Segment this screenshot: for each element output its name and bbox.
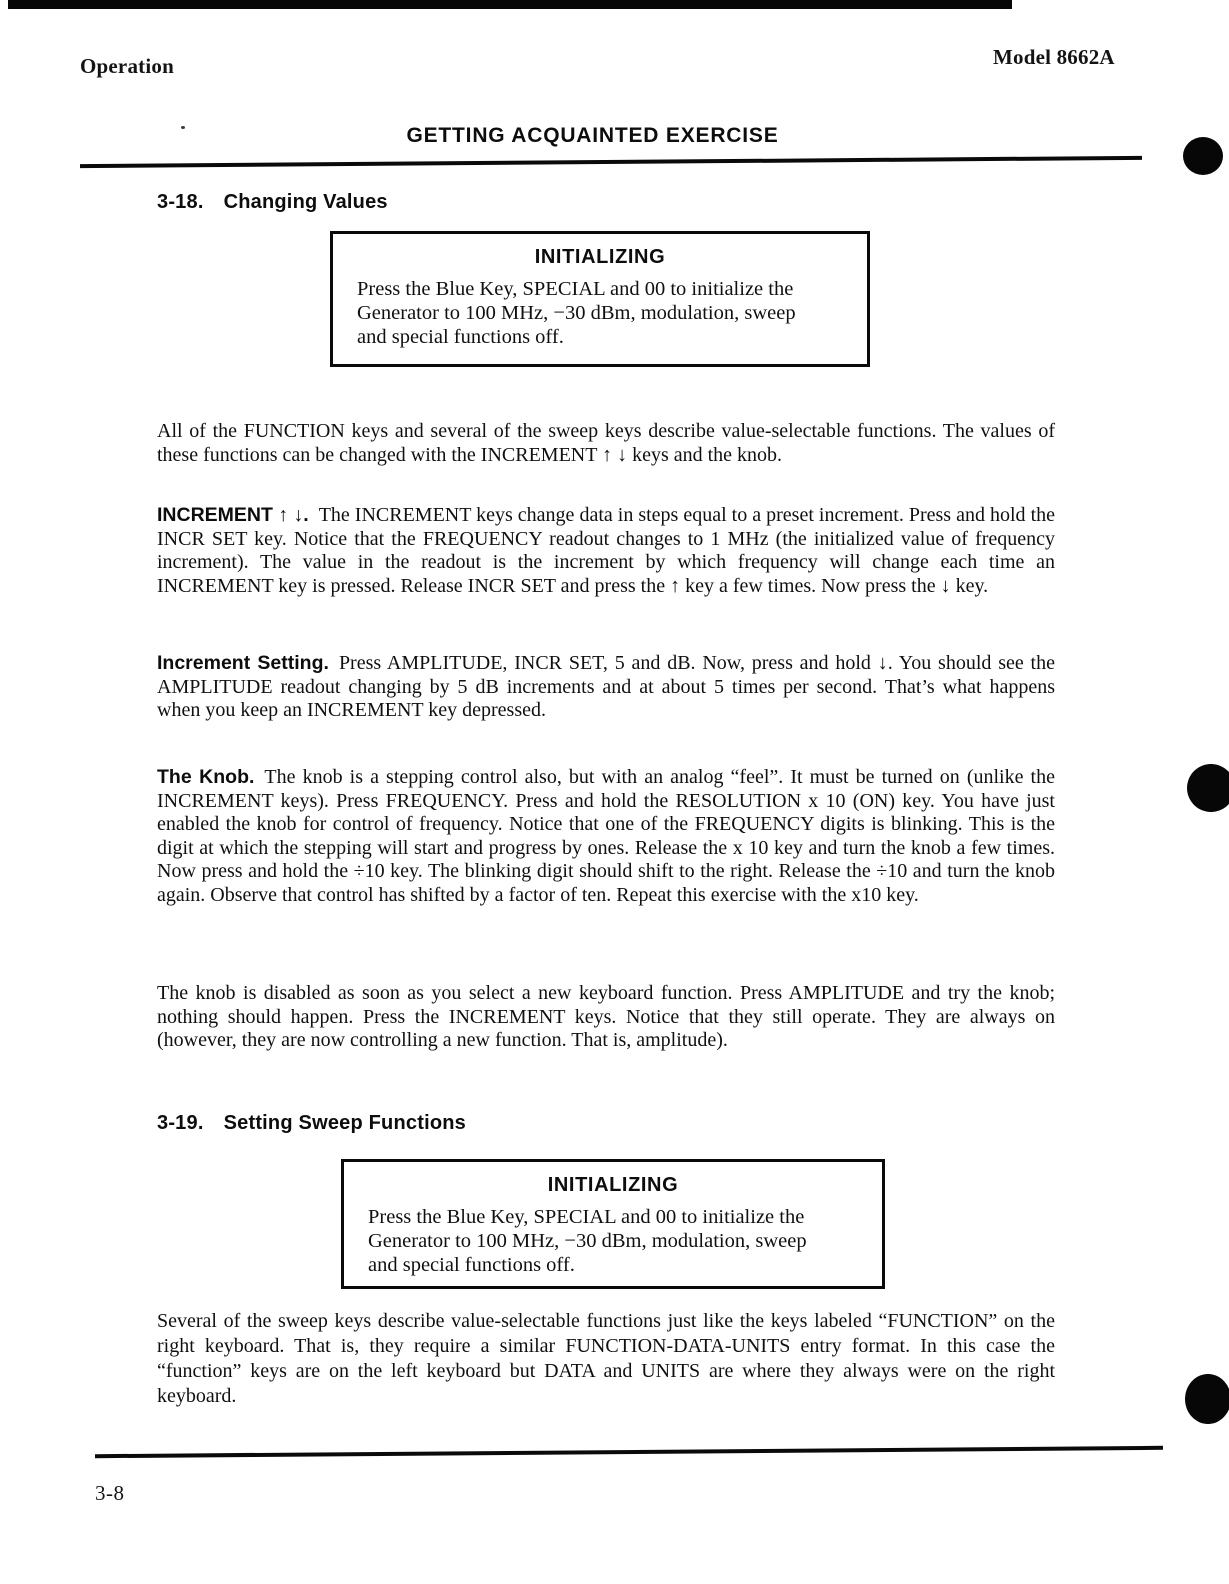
- page-title: GETTING ACQUAINTED EXERCISE: [60, 124, 1125, 148]
- paragraph-lead: Increment Setting.: [157, 652, 329, 674]
- paragraph-the-knob: The Knob.The knob is a stepping control …: [157, 766, 1055, 907]
- section-title: Setting Sweep Functions: [224, 1112, 466, 1134]
- paragraph-text: The knob is a stepping control also, but…: [157, 766, 1055, 906]
- paragraph-increment: INCREMENT ↑ ↓.The INCREMENT keys change …: [157, 504, 1055, 598]
- running-header-left: Operation: [80, 54, 174, 79]
- section-number: 3-19.: [157, 1112, 204, 1135]
- paragraph-text: All of the FUNCTION keys and several of …: [157, 420, 1055, 466]
- section-heading-3-19: 3-19.Setting Sweep Functions: [157, 1112, 466, 1135]
- initializing-box-body: Press the Blue Key, SPECIAL and 00 to in…: [368, 1205, 836, 1277]
- scan-artifact-dot-1: [1183, 137, 1223, 175]
- section-title: Changing Values: [224, 191, 388, 213]
- document-page: Operation Model 8662A GETTING ACQUAINTED…: [0, 0, 1229, 1584]
- initializing-box-body: Press the Blue Key, SPECIAL and 00 to in…: [357, 277, 825, 349]
- initializing-box-2: INITIALIZING Press the Blue Key, SPECIAL…: [341, 1159, 885, 1289]
- initializing-box-title: INITIALIZING: [357, 246, 843, 269]
- page-number: 3-8: [95, 1481, 125, 1506]
- paragraph-text: Several of the sweep keys describe value…: [157, 1310, 1055, 1407]
- initializing-box-1: INITIALIZING Press the Blue Key, SPECIAL…: [330, 231, 870, 367]
- section-heading-3-18: 3-18.Changing Values: [157, 191, 388, 214]
- section-number: 3-18.: [157, 191, 204, 214]
- paragraph-text: The knob is disabled as soon as you sele…: [157, 982, 1055, 1051]
- scan-artifact-dot-2: [1187, 764, 1229, 812]
- title-rule: [80, 156, 1142, 168]
- footer-rule: [95, 1446, 1163, 1458]
- initializing-box-title: INITIALIZING: [368, 1174, 858, 1197]
- running-header-right: Model 8662A: [993, 45, 1115, 70]
- scan-artifact-top-bar: [8, 0, 1012, 9]
- paragraph-lead: The Knob.: [157, 766, 254, 788]
- paragraph-sweep-keys: Several of the sweep keys describe value…: [157, 1309, 1055, 1409]
- paragraph-increment-setting: Increment Setting.Press AMPLITUDE, INCR …: [157, 652, 1055, 723]
- paragraph-function-keys: All of the FUNCTION keys and several of …: [157, 420, 1055, 467]
- scan-artifact-dot-3: [1185, 1374, 1229, 1424]
- paragraph-lead: INCREMENT ↑ ↓.: [157, 504, 309, 526]
- paragraph-knob-disabled: The knob is disabled as soon as you sele…: [157, 982, 1055, 1053]
